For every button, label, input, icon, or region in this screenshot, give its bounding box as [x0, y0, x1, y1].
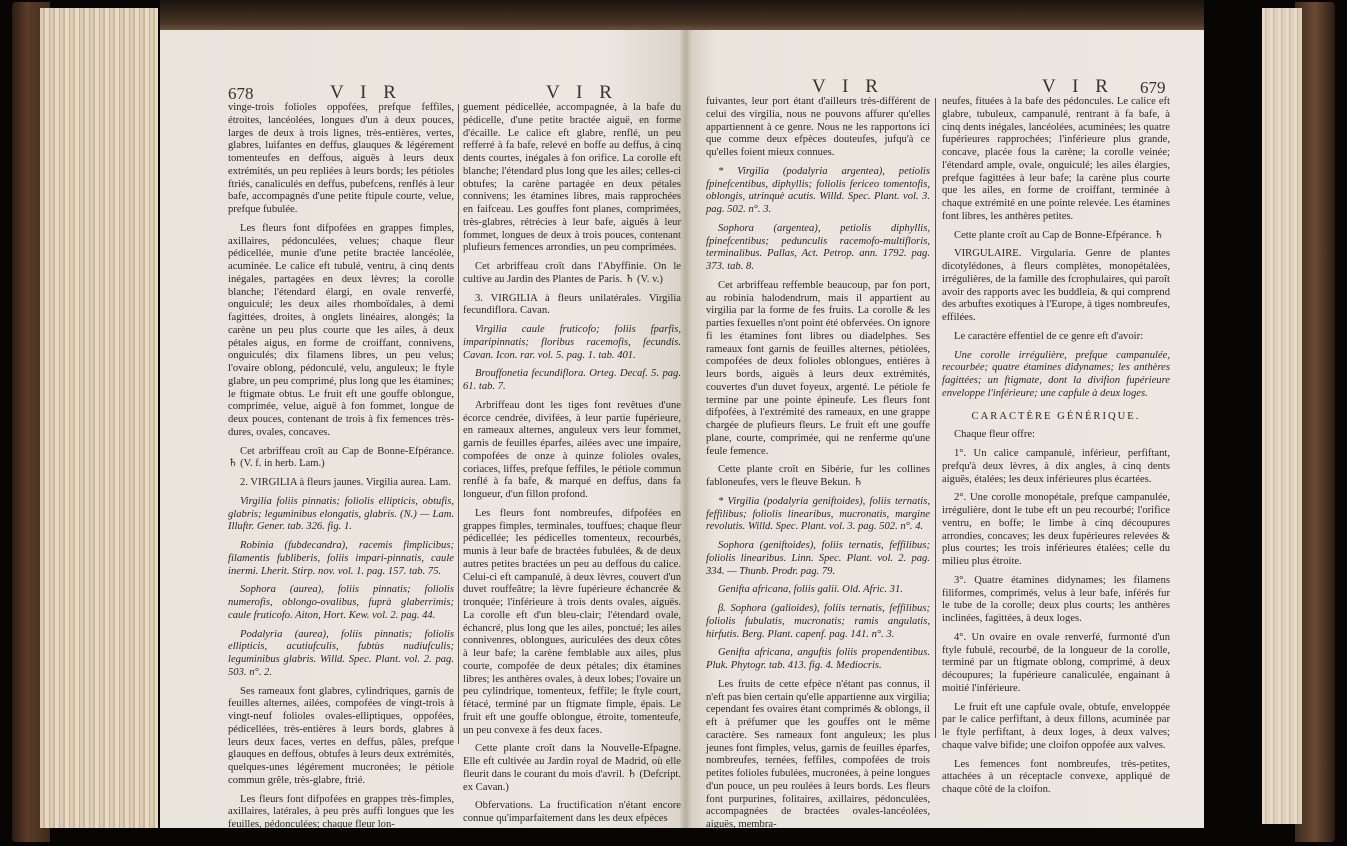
genus-heading: VIRGULAIRE. Virgularia. Genre de plantes…	[942, 248, 1170, 325]
citation: Brouffonetia fecundiflora. Orteg. Decaf.…	[463, 368, 681, 394]
page-edges-left	[40, 8, 158, 828]
paragraph: guement pédicellée, accompagnée, à la ba…	[463, 102, 681, 255]
paragraph: 3°. Quatre étamines didynames; les filam…	[942, 575, 1170, 626]
paragraph: 2°. Une corolle monopétale, prefque camp…	[942, 492, 1170, 569]
paragraph: Le fruit eft une capfule ovale, obtufe, …	[942, 702, 1170, 753]
paragraph: Les femences font nombreufes, très-petit…	[942, 759, 1170, 797]
paragraph: Cette plante croît en Sibérie, fur les c…	[706, 464, 930, 490]
page-number-left: 678	[228, 84, 254, 104]
paragraph: Cette plante croît dans la Nouvelle-Efpa…	[463, 743, 681, 794]
paragraph: Les fleurs font difpofées en grappes trè…	[228, 794, 454, 832]
paragraph: Les fleurs font nombreufes, difpofées en…	[463, 508, 681, 738]
species-heading: 3. VIRGILIA à fleurs unilatérales. Virgi…	[463, 293, 681, 319]
citation: Sophora (argentea), petiolis diphyllis, …	[706, 223, 930, 274]
citation: Sophora (geniftoides), foliis ternatis, …	[706, 540, 930, 578]
paragraph: 4°. Un ovaire en ovale renverfé, furmont…	[942, 632, 1170, 696]
paragraph: Les fleurs font difpofées en grappes fim…	[228, 223, 454, 440]
running-head: V I R	[812, 76, 884, 98]
citation: * Virgilia (podalyria argentea), petioli…	[706, 166, 930, 217]
citation: Genifta africana, foliis galii. Old. Afr…	[706, 584, 930, 597]
column-rule	[935, 98, 936, 738]
running-head: V I R	[330, 82, 402, 104]
running-head: V I R	[1042, 76, 1114, 98]
paragraph: neufes, fituées à la bafe des pédoncules…	[942, 96, 1170, 224]
right-page-column-2: neufes, fituées à la bafe des pédoncules…	[942, 96, 1170, 803]
paragraph: Obfervations. La fructification n'étant …	[463, 800, 681, 826]
column-rule	[458, 104, 459, 744]
running-head: V I R	[546, 82, 618, 104]
citation: Robinia (fubdecandra), racemis fimplicib…	[228, 540, 454, 578]
paragraph: Cet arbriffeau reffemble beaucoup, par f…	[706, 280, 930, 459]
citation: Genifta africana, anguftis foliis propen…	[706, 647, 930, 673]
citation: * Virgilia (podalyria geniftoides), foli…	[706, 496, 930, 534]
paragraph: Cet arbriffeau croît dans l'Abyffinie. O…	[463, 261, 681, 287]
citation: Sophora (aurea), foliis pinnatis; foliol…	[228, 584, 454, 622]
paragraph: Cet arbriffeau croît au Cap de Bonne-Efp…	[228, 446, 454, 472]
citation: Virgilia foliis pinnatis; foliolis ellip…	[228, 496, 454, 534]
left-page-column-1: vinge-trois folioles oppofées, prefque f…	[228, 102, 454, 838]
book-top-edge	[160, 0, 1204, 34]
paragraph: Le caractère effentiel de ce genre eft d…	[942, 331, 1170, 344]
paragraph: Ses rameaux font glabres, cylindriques, …	[228, 686, 454, 788]
right-page-column-1: fuivantes, leur port étant d'ailleurs tr…	[706, 96, 930, 838]
species-heading: 2. VIRGILIA à fleurs jaunes. Virgilia au…	[228, 477, 454, 490]
paragraph: 1°. Un calice campanulé, inférieur, perf…	[942, 448, 1170, 486]
page-number-right: 679	[1140, 78, 1166, 98]
paragraph: vinge-trois folioles oppofées, prefque f…	[228, 102, 454, 217]
essential-character: Une corolle irrégulière, prefque campanu…	[942, 350, 1170, 401]
citation: β. Sophora (galioides), foliis ternatis,…	[706, 603, 930, 641]
paragraph: Arbriffeau dont les tiges font revêtues …	[463, 400, 681, 502]
left-page-column-2: guement pédicellée, accompagnée, à la ba…	[463, 102, 681, 832]
page-edges-right	[1262, 8, 1302, 824]
paragraph: Les fruits de cette efpèce n'étant pas c…	[706, 679, 930, 832]
book-gutter	[680, 30, 692, 828]
section-heading: CARACTÈRE GÉNÉRIQUE.	[942, 411, 1170, 424]
paragraph: Chaque fleur offre:	[942, 429, 1170, 442]
paragraph: fuivantes, leur port étant d'ailleurs tr…	[706, 96, 930, 160]
citation: Virgilia caule fruticofo; foliis fparfis…	[463, 324, 681, 362]
paragraph: Cette plante croît au Cap de Bonne-Efpér…	[942, 230, 1170, 243]
citation: Podalyria (aurea), foliis pinnatis; foli…	[228, 629, 454, 680]
